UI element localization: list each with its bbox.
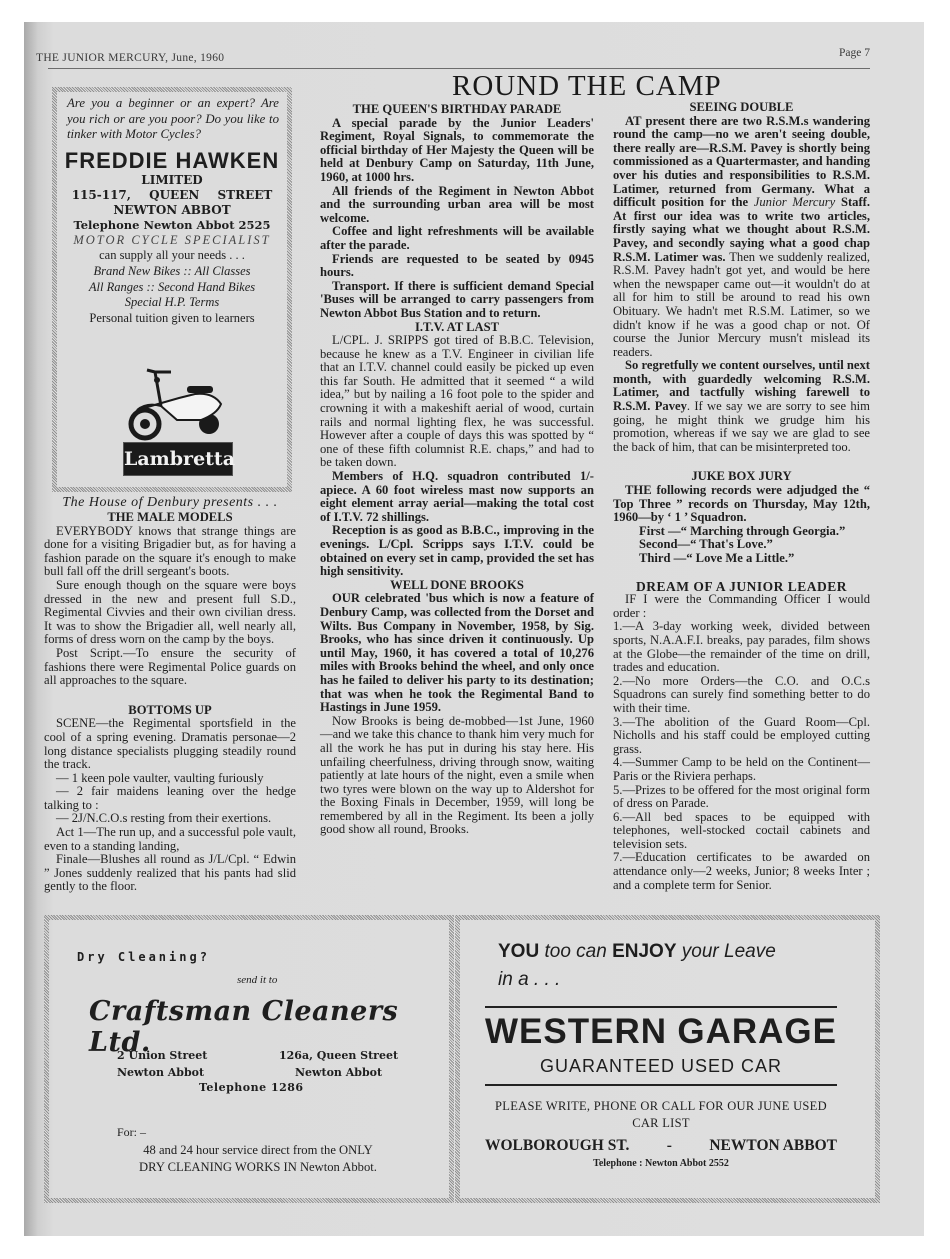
- article-paragraph: — 2 fair maidens leaning over the hedge …: [44, 785, 296, 812]
- article-paragraph: AT present there are two R.S.M.s wanderi…: [613, 115, 870, 360]
- article-paragraph: Sure enough though on the square were bo…: [44, 579, 296, 647]
- article-title-dream: DREAM OF A JUNIOR LEADER: [613, 580, 870, 594]
- ad-telephone: Telephone 1286: [199, 1081, 304, 1094]
- article-paragraph: Finale—Blushes all round as J/L/Cpl. “ E…: [44, 853, 296, 894]
- ad-line-hp-terms: Special H.P. Terms: [57, 295, 287, 311]
- ad-line-second-hand: All Ranges :: Second Hand Bikes: [57, 280, 287, 296]
- ad-limited: LIMITED: [57, 173, 287, 188]
- ad-craftsman-cleaners: Dry Cleaning? send it to Craftsman Clean…: [44, 915, 454, 1203]
- slogan-word: your Leave: [682, 941, 776, 962]
- ad-prompt: Dry Cleaning?: [77, 950, 210, 964]
- article-paragraph: A special parade by the Junior Leaders' …: [320, 117, 594, 185]
- article-paragraph: Members of H.Q. squadron contributed 1/-…: [320, 470, 594, 524]
- ad-send-it: send it to: [237, 974, 277, 986]
- address-line: 126a, Queen Street: [279, 1047, 398, 1064]
- address-line: 2 Union Street: [117, 1047, 207, 1064]
- text-run: Then we suddenly realized, R.S.M. Pavey …: [613, 250, 870, 359]
- divider: [485, 1084, 837, 1086]
- article-title-brooks: WELL DONE BROOKS: [320, 579, 594, 593]
- slogan-word: ENJOY: [612, 941, 676, 962]
- list-item: 1.—A 3-day working week, divided between…: [613, 620, 870, 674]
- ad-telephone: Telephone Newton Abbot 2525: [57, 218, 287, 233]
- scooter-icon: [117, 362, 237, 442]
- record-third: Third —“ Love Me a Little.”: [613, 552, 870, 566]
- ad-telephone: Telephone : Newton Abbot 2552: [485, 1158, 837, 1169]
- article-paragraph: — 1 keen pole vaulter, vaulting furiousl…: [44, 772, 296, 786]
- article-paragraph: Now Brooks is being de-mobbed—1st June, …: [320, 715, 594, 837]
- ad-service-text: 48 and 24 hour service direct from the O…: [133, 1142, 383, 1176]
- article-paragraph: Act 1—The run up, and a successful pole …: [44, 826, 296, 853]
- article-title-queens-parade: THE QUEEN'S BIRTHDAY PARADE: [320, 103, 594, 117]
- article-paragraph: Transport. If there is sufficient demand…: [320, 280, 594, 321]
- name-word: WESTERN: [485, 1012, 667, 1052]
- name-word: GARAGE: [677, 1012, 837, 1052]
- ad-address-town: NEWTON ABBOT: [57, 203, 287, 218]
- article-paragraph: OUR celebrated 'bus which is now a featu…: [320, 592, 594, 714]
- list-item: 6.—All bed spaces to be equipped with te…: [613, 811, 870, 852]
- article-kicker: The House of Denbury presents . . .: [44, 495, 296, 511]
- article-paragraph: SCENE—the Regimental sportsfield in the …: [44, 717, 296, 771]
- ad-supply: can supply all your needs . . .: [57, 248, 287, 264]
- slogan-word: too can: [544, 941, 606, 962]
- ad-specialist: MOTOR CYCLE SPECIALIST: [57, 233, 287, 249]
- ad-freddie-hawken: Are you a beginner or an expert? Are you…: [52, 87, 292, 492]
- list-item: 3.—The abolition of the Guard Room—Cpl. …: [613, 716, 870, 757]
- article-paragraph: — 2J/N.C.O.s resting from their exertion…: [44, 812, 296, 826]
- record-first: First —“ Marching through Georgia.”: [613, 525, 870, 539]
- list-item: 5.—Prizes to be offered for the most ori…: [613, 784, 870, 811]
- lambretta-logo: Lambretta: [123, 442, 233, 476]
- article-paragraph: IF I were the Commanding Officer I would…: [613, 593, 870, 620]
- record-second: Second—“ That's Love.”: [613, 538, 870, 552]
- ad-company-name: WESTERN GARAGE: [485, 1012, 837, 1052]
- ad-address: WOLBOROUGH ST. - NEWTON ABBOT: [485, 1137, 837, 1155]
- publication-name: Junior Mercury: [754, 195, 835, 209]
- list-item: 2.—No more Orders—the C.O. and O.C.s Squ…: [613, 675, 870, 716]
- column-left: The House of Denbury presents . . . THE …: [44, 495, 296, 894]
- ad-tagline: GUARANTEED USED CAR: [485, 1056, 837, 1077]
- ad-address-street: 115-117, QUEEN STREET: [57, 188, 287, 203]
- article-paragraph: THE following records were adjudged the …: [613, 484, 870, 525]
- article-title-itv: I.T.V. AT LAST: [320, 321, 594, 335]
- article-paragraph: Reception is as good as B.B.C., improvin…: [320, 524, 594, 578]
- column-middle: THE QUEEN'S BIRTHDAY PARADE A special pa…: [320, 103, 594, 837]
- section-masthead: ROUND THE CAMP: [452, 70, 722, 103]
- ad-company-name: FREDDIE HAWKEN: [57, 149, 287, 173]
- slogan-word: YOU: [498, 941, 539, 962]
- ad-slogan: YOU too can ENJOY your Leave in a . . .: [498, 938, 776, 994]
- article-title-male-models: THE MALE MODELS: [44, 511, 296, 525]
- ad-for-label: For: –: [117, 1125, 146, 1140]
- list-item: 7.—Education certificates to be awarded …: [613, 851, 870, 892]
- column-right: SEEING DOUBLE AT present there are two R…: [613, 101, 870, 892]
- article-title-juke-box: JUKE BOX JURY: [613, 470, 870, 484]
- ad-western-garage: YOU too can ENJOY your Leave in a . . . …: [455, 915, 880, 1203]
- ad-questions: Are you a beginner or an expert? Are you…: [57, 92, 287, 143]
- running-head: THE JUNIOR MERCURY, June, 1960: [36, 52, 224, 64]
- ad-line-new-bikes: Brand New Bikes :: All Classes: [57, 264, 287, 280]
- article-title-bottoms-up: BOTTOMS UP: [44, 704, 296, 718]
- article-paragraph: All friends of the Regiment in Newton Ab…: [320, 185, 594, 226]
- article-paragraph: L/CPL. J. SRIPPS got tired of B.B.C. Tel…: [320, 334, 594, 470]
- address-line: Newton Abbot: [279, 1064, 398, 1081]
- header-rule: [48, 68, 870, 69]
- article-paragraph: Friends are requested to be seated by 09…: [320, 253, 594, 280]
- divider: [485, 1006, 837, 1008]
- address-town: NEWTON ABBOT: [709, 1137, 837, 1155]
- address-street: WOLBOROUGH ST.: [485, 1137, 629, 1155]
- ad-address-right: 126a, Queen Street Newton Abbot: [279, 1047, 398, 1081]
- article-title-seeing-double: SEEING DOUBLE: [613, 101, 870, 115]
- ad-call-to-action: PLEASE WRITE, PHONE OR CALL FOR OUR JUNE…: [485, 1098, 837, 1132]
- slogan-word: in a . . .: [498, 969, 560, 990]
- article-paragraph: So regretfully we content ourselves, unt…: [613, 359, 870, 454]
- ad-address-left: 2 Union Street Newton Abbot: [117, 1047, 207, 1081]
- ad-tuition: Personal tuition given to learners: [57, 311, 287, 327]
- page-number: Page 7: [839, 47, 870, 59]
- address-separator: -: [667, 1137, 672, 1155]
- article-paragraph: Post Script.—To ensure the security of f…: [44, 647, 296, 688]
- list-item: 4.—Summer Camp to be held on the Contine…: [613, 756, 870, 783]
- article-paragraph: Coffee and light refreshments will be av…: [320, 225, 594, 252]
- address-line: Newton Abbot: [117, 1064, 207, 1081]
- article-paragraph: EVERYBODY knows that strange things are …: [44, 525, 296, 579]
